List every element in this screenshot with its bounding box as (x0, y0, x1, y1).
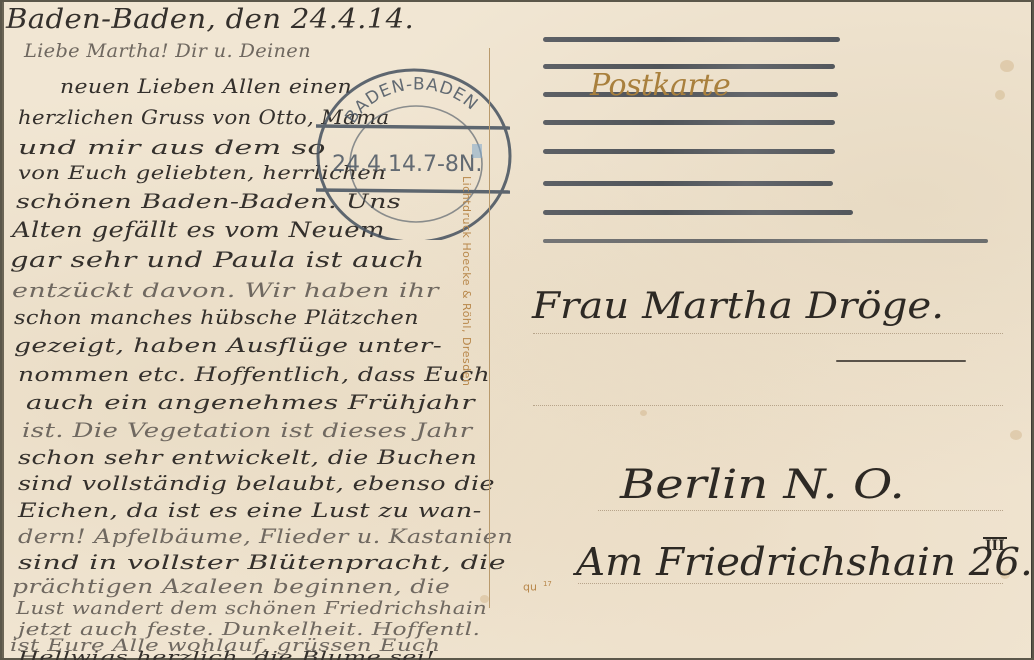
paper-stain (1000, 60, 1014, 72)
address-line-2 (533, 405, 1003, 406)
address-line-3 (598, 510, 1003, 511)
paper-stain (1010, 430, 1022, 440)
message-line: sind vollständig belaubt, ebenso die (18, 471, 495, 495)
cancel-bar (543, 210, 853, 215)
recipient-city: Berlin N. O. (620, 462, 905, 508)
postmark-circle-icon: BADEN-BADEN 24.4.14.7-8N. (312, 66, 512, 240)
message-line: und mir aus dem so (18, 135, 326, 159)
message-line: Lust wandert dem schönen Friedrichshain (16, 598, 487, 619)
print-code-number: 17 (543, 580, 552, 588)
floor-number: III (983, 537, 1007, 553)
paper-stain (640, 410, 647, 416)
publisher-imprint: Lichtdruck Hoecke & Röhl, Dresden (460, 176, 473, 386)
message-line: dern! Apfelbäume, Flieder u. Kastanien (18, 524, 513, 548)
message-line: Eichen, da ist es eine Lust zu wan- (18, 498, 482, 522)
address-line-1 (533, 333, 1003, 334)
cancel-bar (543, 181, 833, 186)
cancel-bar (543, 149, 835, 154)
cancel-bar (543, 120, 835, 125)
print-code-text: qu (523, 581, 537, 594)
postkarte-title: Postkarte (590, 68, 730, 103)
message-line: gezeigt, haben Ausflüge unter- (14, 333, 442, 357)
recipient-street: Am Friedrichshain 26. (576, 540, 1033, 584)
message-line: schon manches hübsche Plätzchen (14, 305, 419, 329)
message-line: Liebe Martha! Dir u. Deinen (24, 40, 311, 62)
postcard-back: Baden-Baden, den 24.4.14. Liebe Martha! … (0, 0, 1034, 660)
cancellation-bars (543, 34, 993, 254)
name-underline (836, 360, 966, 362)
message-line: schon sehr entwickelt, die Buchen (18, 445, 477, 469)
message-dateline: Baden-Baden, den 24.4.14. (6, 4, 414, 35)
message-line: gar sehr und Paula ist auch (10, 248, 425, 272)
recipient-name: Frau Martha Dröge. (532, 286, 944, 327)
message-line: auch ein angenehmes Frühjahr (26, 390, 475, 414)
message-line: entzückt davon. Wir haben ihr (12, 278, 439, 302)
message-line: nommen etc. Hoffentlich, dass Euch (18, 362, 490, 386)
postmark-date: 24.4.14.7-8N. (332, 152, 482, 177)
message-address-divider (489, 48, 490, 608)
paper-stain (995, 90, 1005, 100)
message-line: prächtigen Azaleen beginnen, die (12, 574, 450, 598)
cancel-bar (543, 37, 840, 42)
postmark-stamp: BADEN-BADEN 24.4.14.7-8N. (312, 66, 512, 240)
cancel-bar (543, 239, 988, 243)
message-line: sind in vollster Blütenpracht, die (18, 550, 506, 574)
message-line: Hellwigs herzlich, die Blume sei! (18, 648, 435, 660)
message-line: neuen Lieben Allen einen (60, 74, 352, 98)
print-code: qu17 (523, 580, 552, 594)
message-line: ist. Die Vegetation ist dieses Jahr (22, 418, 472, 442)
